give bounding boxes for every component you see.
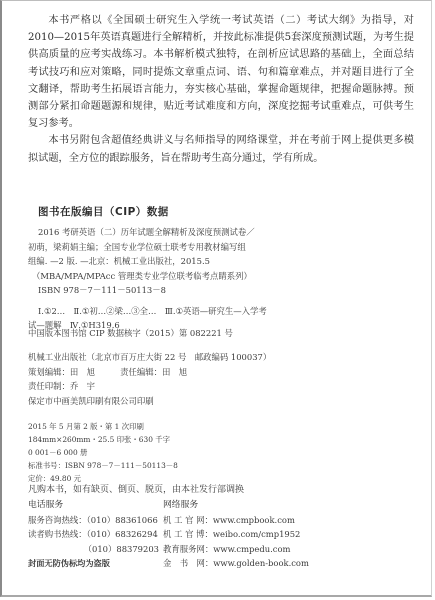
cip-record: 2016 考研英语（二）历年试题全解精析及深度预测试卷／ 初萌，梁莉娟主编；全国… (28, 225, 288, 333)
edition-info: 2015 年 5 月第 2 版・第 1 次印刷 (28, 420, 328, 433)
web-cmpedu: 教育服务网：www.cmpedu.com (163, 542, 418, 557)
cip-number: 中国版本图书馆 CIP 数据核字（2015）第 082221 号 (28, 326, 328, 341)
phone-reader-hotline-2: （010）88379203 (28, 542, 163, 557)
web-cmpbook: 机 工 官 网：www.cmpbook.com (163, 513, 418, 528)
service-section: 电话服务 网络服务 服务咨询热线：（010）88361066 机 工 官 网：w… (28, 498, 418, 571)
printer: 保定市中画美凯印刷有限公司印刷 (28, 394, 328, 409)
cip-classification: Ⅰ.①2… Ⅱ.①初…②梁…③全… Ⅲ.①英语—研究生—入学考 (28, 304, 288, 319)
intro-section: 本书严格以《全国硕士研究生入学统一考试英语（二）考试大纲》为指导，对2010—2… (28, 12, 414, 167)
return-notice: 凡购本书，如有缺页、倒页、脱页，由本社发行部调换 (28, 483, 328, 498)
cip-number-block: 中国版本图书馆 CIP 数据核字（2015）第 082221 号 (28, 326, 328, 341)
phone-reader-hotline: 读者购书热线：（010）68326294 (28, 527, 163, 542)
copies-info: 0 001－6 000 册 (28, 446, 328, 459)
cip-line: 组编. —2 版. —北京：机械工业出版社，2015.5 (28, 254, 288, 269)
intro-paragraph: 本书另附包含超值经典讲义与名师指导的网络课堂，并在考前于网上提供更多模拟试题，全… (28, 132, 414, 166)
phone-service-hotline: 服务咨询热线：（010）88361066 (28, 513, 163, 528)
publisher-block: 机械工业出版社（北京市百万庄大街 22 号 邮政编码 100037） 策划编辑：… (28, 350, 328, 408)
anti-piracy-notice: 封面无防伪标均为盗版 (28, 556, 163, 571)
cip-section: 图书在版编目（CIP）数据 2016 考研英语（二）历年试题全解精析及深度预测试… (28, 204, 288, 333)
format-info: 184mm×260mm・25.5 印张・630 千字 (28, 433, 328, 446)
phone-service-header: 电话服务 (28, 498, 163, 513)
publisher-address: 机械工业出版社（北京市百万庄大街 22 号 邮政编码 100037） (28, 350, 328, 365)
cip-line: 初萌，梁莉娟主编；全国专业学位硕士联考专用教材编写组 (28, 240, 288, 255)
web-golden-book: 金 书 网：www.golden-book.com (163, 556, 418, 571)
print-supervisor: 责任印制：乔 宇 (28, 379, 328, 394)
web-weibo: 机 工 官 博：weibo.com/cmp1952 (163, 527, 418, 542)
intro-paragraph: 本书严格以《全国硕士研究生入学统一考试英语（二）考试大纲》为指导，对2010—2… (28, 12, 414, 132)
editors: 策划编辑：田 旭 责任编辑：田 旭 (28, 365, 328, 380)
return-policy: 凡购本书，如有缺页、倒页、脱页，由本社发行部调换 (28, 483, 328, 498)
cip-line: 2016 考研英语（二）历年试题全解精析及深度预测试卷／ (28, 225, 288, 240)
print-info-block: 2015 年 5 月第 2 版・第 1 次印刷 184mm×260mm・25.5… (28, 420, 328, 485)
isbn-info: 标准书号：ISBN 978－7－111－50113－8 (28, 459, 328, 472)
cip-title: 图书在版编目（CIP）数据 (38, 204, 288, 219)
web-service-header: 网络服务 (163, 498, 418, 513)
cip-line: （MBA/MPA/MPAcc 管理类专业学位联考临考点睛系列） (28, 269, 288, 284)
cip-isbn: ISBN 978－7－111－50113－8 (28, 283, 288, 298)
